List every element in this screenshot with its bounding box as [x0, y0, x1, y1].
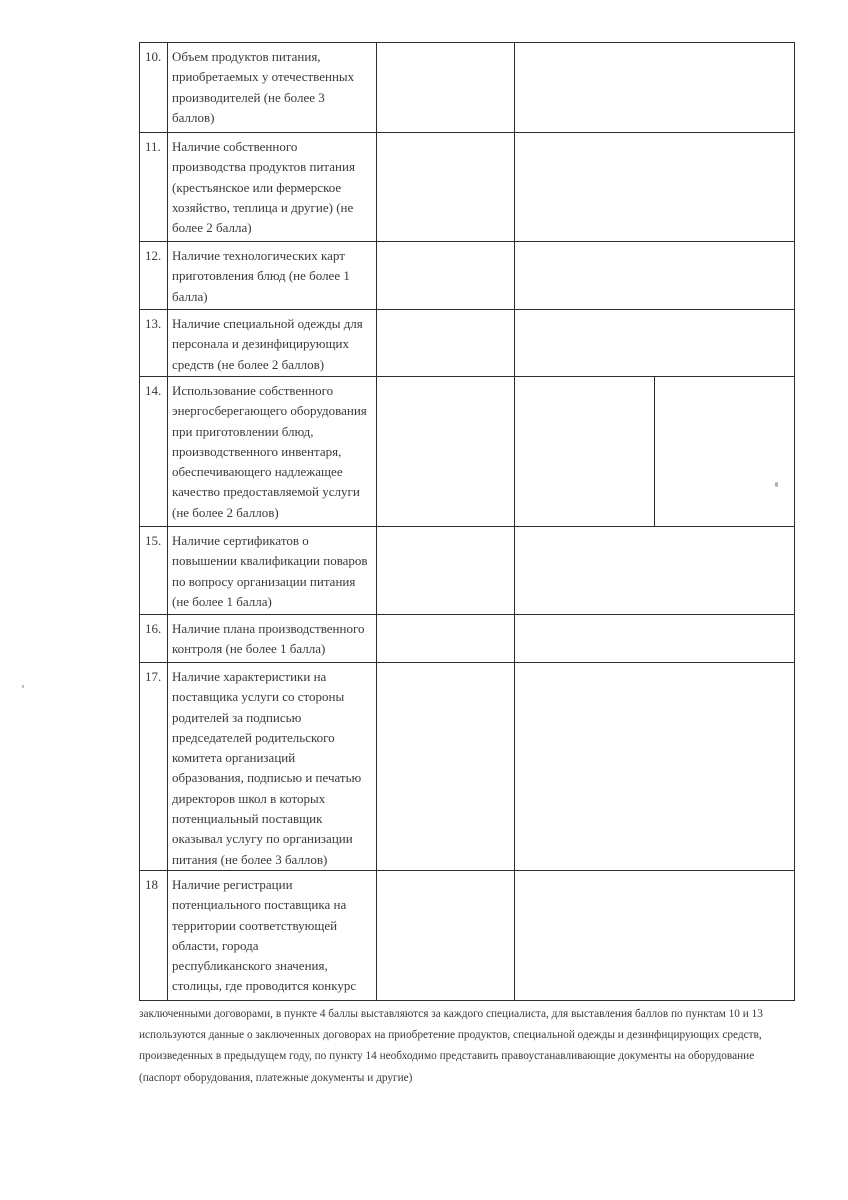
table-row: 11. Наличие собственного производства пр… — [140, 133, 795, 242]
criterion-text: Наличие технологических карт приготовлен… — [168, 242, 377, 310]
notes-cell — [515, 870, 795, 1000]
notes-cell — [515, 43, 795, 133]
row-number: 10. — [140, 43, 168, 133]
row-number: 17. — [140, 663, 168, 871]
criterion-text: Наличие специальной одежды для персонала… — [168, 310, 377, 377]
criterion-text: Наличие плана производственного контроля… — [168, 615, 377, 663]
row-number: 11. — [140, 133, 168, 242]
score-cell — [377, 870, 515, 1000]
score-cell — [377, 133, 515, 242]
notes-cell — [515, 527, 795, 615]
score-cell — [377, 43, 515, 133]
table-row: 12. Наличие технологических карт пригото… — [140, 242, 795, 310]
row-number: 15. — [140, 527, 168, 615]
scan-speck — [22, 685, 24, 688]
row-number: 14. — [140, 377, 168, 527]
split-cells — [515, 377, 794, 526]
score-cell — [377, 310, 515, 377]
criterion-text: Наличие регистрации потенциального поста… — [168, 870, 377, 1000]
score-cell — [377, 377, 515, 527]
notes-cell — [515, 663, 795, 871]
table-row: 16. Наличие плана производственного конт… — [140, 615, 795, 663]
criterion-text: Наличие характеристики на поставщика усл… — [168, 663, 377, 871]
document-page: 10. Объем продуктов питания, приобретаем… — [0, 0, 848, 1200]
notes-cell — [515, 615, 795, 663]
score-cell — [377, 527, 515, 615]
score-cell — [377, 242, 515, 310]
table-row: 17. Наличие характеристики на поставщика… — [140, 663, 795, 871]
score-cell — [377, 663, 515, 871]
footnote-line: заключенными договорами, в пункте 4 балл… — [139, 1004, 799, 1025]
notes-cell — [515, 310, 795, 377]
row-number: 16. — [140, 615, 168, 663]
table-row: 13. Наличие специальной одежды для персо… — [140, 310, 795, 377]
table-row: 10. Объем продуктов питания, приобретаем… — [140, 43, 795, 133]
criterion-text: Наличие сертификатов о повышении квалифи… — [168, 527, 377, 615]
table-row: 18 Наличие регистрации потенциального по… — [140, 870, 795, 1000]
table-row: 15. Наличие сертификатов о повышении ква… — [140, 527, 795, 615]
footnote-line: используются данные о заключенных догово… — [139, 1025, 799, 1046]
score-cell — [377, 615, 515, 663]
table-row: 14. Использование собственного энергосбе… — [140, 377, 795, 527]
notes-cell-split — [515, 377, 795, 527]
scan-speck — [775, 482, 778, 487]
criteria-table: 10. Объем продуктов питания, приобретаем… — [139, 42, 795, 1001]
row-number: 12. — [140, 242, 168, 310]
notes-cell — [515, 242, 795, 310]
row-number: 13. — [140, 310, 168, 377]
criterion-text: Использование собственного энергосберега… — [168, 377, 377, 527]
row-number: 18 — [140, 870, 168, 1000]
criterion-text: Наличие собственного производства продук… — [168, 133, 377, 242]
footnote-line: (паспорт оборудования, платежные докумен… — [139, 1068, 799, 1089]
subcell-right — [654, 377, 794, 526]
footnote-line: произведенных в предыдущем году, по пунк… — [139, 1046, 799, 1067]
subcell-left — [515, 377, 654, 526]
criterion-text: Объем продуктов питания, приобретаемых у… — [168, 43, 377, 133]
notes-cell — [515, 133, 795, 242]
footnote: заключенными договорами, в пункте 4 балл… — [139, 1004, 799, 1089]
